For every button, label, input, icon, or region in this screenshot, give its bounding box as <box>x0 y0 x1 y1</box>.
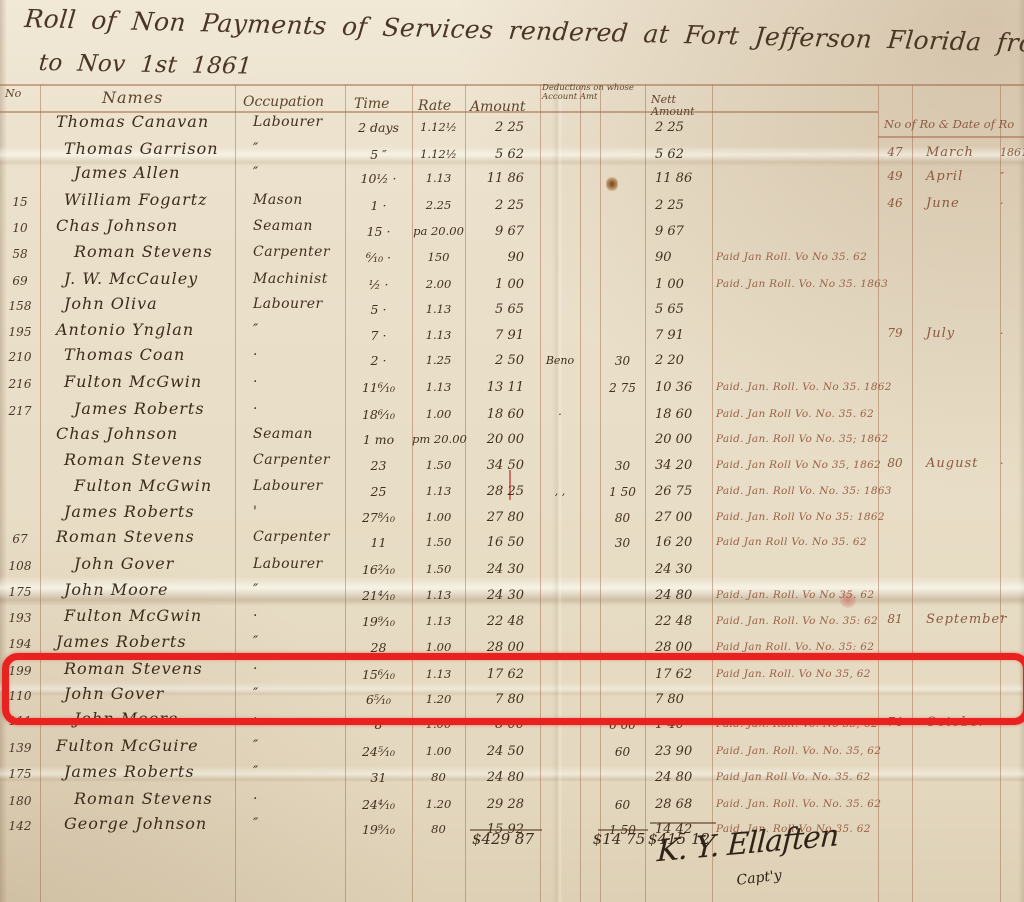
cell-occupation: Seaman <box>235 216 345 234</box>
cell-time: 23 <box>345 450 412 473</box>
cell-time: 31 <box>345 762 412 785</box>
table-row: James Roberts'27⁸⁄₁₀1.0027 808027 00Paid… <box>0 502 1024 528</box>
cell-occupation: · <box>235 399 345 417</box>
cell-paid: Paid. Jan. Roll. Vo. No 35. 1862 <box>712 372 878 393</box>
cell-no: 108 <box>0 554 40 573</box>
table-top-rule <box>0 84 1024 86</box>
cell-paid <box>712 139 878 148</box>
cell-nett: 16 20 <box>645 527 712 550</box>
cell-amount: 2 25 <box>465 190 540 213</box>
cell-nett: 28 00 <box>645 632 712 655</box>
cell-ded_on <box>540 502 580 511</box>
cell-name: J. W. McCauley <box>40 269 235 288</box>
header-occupation: Occupation <box>243 94 324 110</box>
cell-amount: 7 91 <box>465 320 540 343</box>
cell-ded <box>600 632 645 641</box>
cell-no: 67 <box>0 527 40 546</box>
cell-occupation: ″ <box>235 632 345 650</box>
cell-paid: Paid. Jan. Roll. Vo. No. 35. 62 <box>712 789 878 810</box>
cell-amount: 20 00 <box>465 424 540 447</box>
cell-no <box>0 163 40 168</box>
cell-time: 16²⁄₁₀ <box>345 554 412 577</box>
cell-rate: 2.00 <box>412 269 465 291</box>
cell-occupation: ″ <box>235 762 345 780</box>
cell-rate: 1.13 <box>412 606 465 628</box>
cell-nett: 24 80 <box>645 580 712 603</box>
cell-paid: Paid. Jan. Roll. Vo No. 35: 62 <box>712 606 878 627</box>
table-body: Thomas CanavanLabourer2 days1.12½2 252 2… <box>0 112 1024 840</box>
cell-roll_no: 47 <box>878 139 912 159</box>
cell-no: 210 <box>0 345 40 364</box>
cell-nett: 9 67 <box>645 216 712 239</box>
table-row: Thomas CanavanLabourer2 days1.12½2 252 2… <box>0 112 1024 138</box>
cell-rate: 2.25 <box>412 190 465 212</box>
cell-paid <box>712 345 878 354</box>
cell-time: 21⁴⁄₁₀ <box>345 580 412 603</box>
cell-rate: 1.00 <box>412 502 465 524</box>
table-row: 210Thomas Coan·2 ·1.252 50Beno302 20 <box>0 345 1024 371</box>
cell-roll_no <box>878 345 912 351</box>
cell-time: ½ · <box>345 269 412 292</box>
cell-nett: 90 <box>645 242 712 265</box>
cell-paid <box>712 294 878 303</box>
cell-ded: 30 <box>600 450 645 473</box>
cell-roll_no <box>878 789 912 795</box>
cell-ded <box>600 112 645 121</box>
cell-year: · <box>1000 190 1024 210</box>
cell-ded <box>600 424 645 433</box>
cell-month <box>912 789 1000 795</box>
cell-occupation: Seaman <box>235 424 345 442</box>
cell-no: 10 <box>0 216 40 235</box>
cell-ded: 2 75 <box>600 372 645 395</box>
cell-name: Fulton McGuire <box>40 736 235 755</box>
cell-occupation: ″ <box>235 320 345 338</box>
cell-rate: 1.13 <box>412 294 465 316</box>
table-row: 158John OlivaLabourer5 ·1.135 655 65 <box>0 294 1024 320</box>
header-names: Names <box>102 88 163 107</box>
cell-year <box>1000 294 1024 301</box>
cell-month <box>912 554 1000 560</box>
cell-no: 175 <box>0 762 40 781</box>
table-row: Chas JohnsonSeaman1 mopm 20.0020 0020 00… <box>0 424 1024 450</box>
table-row: 108John GoverLabourer16²⁄₁₀1.5024 3024 3… <box>0 554 1024 580</box>
cell-occupation: · <box>235 789 345 807</box>
cell-paid <box>712 112 878 121</box>
document-title-line2: to Nov 1st 1861 <box>38 50 253 80</box>
cell-ded_on <box>540 112 580 121</box>
cell-rate: 1.00 <box>412 736 465 758</box>
cell-month: August <box>912 450 1000 471</box>
cell-roll_no: 79 <box>878 320 912 340</box>
cell-month <box>912 345 1000 351</box>
cell-no <box>0 502 40 507</box>
cell-month <box>912 399 1000 405</box>
cell-no: 194 <box>0 632 40 651</box>
cell-no: 175 <box>0 580 40 599</box>
cell-ded <box>600 580 645 589</box>
cell-time: ⁶⁄₁₀ · <box>345 242 412 265</box>
cell-nett: 34 20 <box>645 450 712 473</box>
cell-rate: 1.50 <box>412 450 465 472</box>
cell-no: 15 <box>0 190 40 209</box>
cell-month <box>912 372 1000 378</box>
cell-roll_no <box>878 476 912 482</box>
cell-nett: 1 00 <box>645 269 712 292</box>
table-row: 216Fulton McGwin·11⁶⁄₁₀1.1313 112 7510 3… <box>0 372 1024 398</box>
table-row: Thomas Garrison″5 ″1.12½5 625 6247March1… <box>0 139 1024 165</box>
table-row: 139Fulton McGuire″24⁵⁄₁₀1.0024 506023 90… <box>0 736 1024 762</box>
cell-paid <box>712 554 878 563</box>
cell-time: 11 <box>345 527 412 550</box>
cell-nett: 5 65 <box>645 294 712 317</box>
cell-amount: 16 50 <box>465 527 540 550</box>
cell-name: Thomas Garrison <box>40 139 235 158</box>
cell-rate: 1.13 <box>412 476 465 498</box>
cell-month: April <box>912 163 1000 184</box>
cell-no: 217 <box>0 399 40 418</box>
cell-time: 11⁶⁄₁₀ <box>345 372 412 395</box>
cell-ded: 60 <box>600 736 645 759</box>
table-row: 175John Moore″21⁴⁄₁₀1.1324 3024 80Paid. … <box>0 580 1024 606</box>
cell-rate: 1.13 <box>412 163 465 185</box>
cell-no: 139 <box>0 736 40 755</box>
cell-year <box>1000 789 1024 796</box>
cell-nett: 2 25 <box>645 190 712 213</box>
cell-occupation: Carpenter <box>235 527 345 545</box>
cell-name: James Roberts <box>40 632 235 651</box>
cell-nett: 28 68 <box>645 789 712 812</box>
cell-roll_no <box>878 736 912 742</box>
cell-occupation: ' <box>235 502 345 520</box>
cell-roll_no <box>878 269 912 275</box>
cell-amount: 24 30 <box>465 554 540 577</box>
cell-name: Roman Stevens <box>40 242 235 261</box>
cell-occupation: · <box>235 606 345 624</box>
cell-name: Thomas Coan <box>40 345 235 364</box>
cell-paid: Paid. Jan. Roll. Vo No 35. 62 <box>712 580 878 601</box>
cell-ded <box>600 269 645 278</box>
table-row: Fulton McGwinLabourer251.1328 25, ,1 502… <box>0 476 1024 502</box>
cell-month: March <box>912 139 1000 160</box>
cell-name: Thomas Canavan <box>40 112 235 131</box>
cell-year <box>1000 242 1024 249</box>
cell-time: 25 <box>345 476 412 499</box>
cell-ded_on <box>540 242 580 251</box>
cell-amount: 9 67 <box>465 216 540 239</box>
cell-time: 5 · <box>345 294 412 317</box>
cell-time: 19⁹⁄₁₀ <box>345 606 412 629</box>
cell-paid: Paid Jan Roll. Vo No 35. 62 <box>712 242 878 263</box>
cell-ded: 30 <box>600 345 645 368</box>
cell-paid: Paid. Jan. Roll Vo. No. 35: 1863 <box>712 476 878 497</box>
cell-no: 158 <box>0 294 40 313</box>
cell-ded <box>600 606 645 615</box>
cell-roll_no <box>878 216 912 222</box>
cell-month <box>912 502 1000 508</box>
cell-time: 24⁵⁄₁₀ <box>345 736 412 759</box>
cell-paid <box>712 320 878 329</box>
cell-month <box>912 112 1000 118</box>
cell-time: 24⁴⁄₁₀ <box>345 789 412 812</box>
cell-ded: 60 <box>600 789 645 812</box>
cell-ded_on <box>540 163 580 172</box>
cell-ded <box>600 320 645 329</box>
cell-ded_on <box>540 762 580 771</box>
cell-nett: 7 91 <box>645 320 712 343</box>
cell-year <box>1000 399 1024 406</box>
cell-month: September <box>912 606 1000 627</box>
cell-paid: Paid. Jan. Roll Vo No. 35; 1862 <box>712 424 878 445</box>
cell-amount: 5 65 <box>465 294 540 317</box>
cell-month <box>912 762 1000 768</box>
cell-amount: 2 25 <box>465 112 540 135</box>
cell-year: · <box>1000 320 1024 340</box>
cell-year <box>1000 216 1024 223</box>
cell-nett: 5 62 <box>645 139 712 162</box>
cell-year <box>1000 372 1024 379</box>
cell-paid <box>712 163 878 172</box>
cell-time: 28 <box>345 632 412 655</box>
cell-ded_on <box>540 554 580 563</box>
cell-occupation: Carpenter <box>235 242 345 260</box>
cell-ded_on: , , <box>540 476 580 498</box>
cell-year <box>1000 476 1024 483</box>
cell-roll_no <box>878 580 912 586</box>
cell-ded <box>600 762 645 771</box>
cell-rate: 1.00 <box>412 399 465 421</box>
header-time: Time <box>354 96 389 112</box>
cell-paid: Paid Jan Roll Vo. No. 35. 62 <box>712 762 878 783</box>
cell-nett: 11 86 <box>645 163 712 186</box>
cell-paid: Paid. Jan. Roll Vo No 35: 1862 <box>712 502 878 523</box>
cell-no <box>0 139 40 144</box>
cell-time: 15 · <box>345 216 412 239</box>
cell-paid: Paid Jan Roll. Vo. No. 35: 62 <box>712 632 878 653</box>
cell-ded_on <box>540 424 580 433</box>
cell-ded_on: Beno <box>540 345 580 367</box>
cell-rate: 1.25 <box>412 345 465 367</box>
cell-month <box>912 476 1000 482</box>
cell-paid <box>712 190 878 199</box>
cell-ded <box>600 163 645 172</box>
cell-occupation: Labourer <box>235 112 345 130</box>
cell-ded <box>600 554 645 563</box>
table-row: 175James Roberts″318024 8024 80Paid Jan … <box>0 762 1024 788</box>
cell-year <box>1000 814 1024 821</box>
cell-year: · <box>1000 450 1024 470</box>
cell-ded_on <box>540 814 580 823</box>
cell-ded: 1 50 <box>600 476 645 499</box>
cell-ded: 80 <box>600 502 645 525</box>
cell-ded <box>600 190 645 199</box>
cell-no: 58 <box>0 242 40 261</box>
cell-year <box>1000 112 1024 119</box>
cell-rate: 150 <box>412 242 465 264</box>
cell-ded <box>600 294 645 303</box>
cell-occupation: ″ <box>235 736 345 754</box>
cell-name: Fulton McGwin <box>40 372 235 391</box>
cell-name: James Roberts <box>40 762 235 781</box>
cell-year <box>1000 345 1024 352</box>
cell-name: John Moore <box>40 580 235 599</box>
cell-roll_no <box>878 502 912 508</box>
cell-rate: 1.50 <box>412 527 465 549</box>
cell-occupation: · <box>235 345 345 363</box>
table-row: James Allen″10½ ·1.1311 8611 8649April″ <box>0 163 1024 189</box>
cell-occupation: Mason <box>235 190 345 208</box>
cell-amount: 2 50 <box>465 345 540 368</box>
cell-year <box>1000 527 1024 534</box>
table-row: 193Fulton McGwin·19⁹⁄₁₀1.1322 4822 48Pai… <box>0 606 1024 632</box>
cell-year <box>1000 762 1024 769</box>
cell-ded_on <box>540 632 580 641</box>
cell-name: Chas Johnson <box>40 216 235 235</box>
cell-occupation: Labourer <box>235 294 345 312</box>
cell-nett: 10 36 <box>645 372 712 395</box>
cell-rate: 1.20 <box>412 789 465 811</box>
cell-roll_no <box>878 399 912 405</box>
cell-time: 27⁸⁄₁₀ <box>345 502 412 525</box>
cell-occupation: ″ <box>235 580 345 598</box>
cell-month <box>912 580 1000 586</box>
cell-ded_on <box>540 580 580 589</box>
cell-time: 1 · <box>345 190 412 213</box>
cell-amount: 1 00 <box>465 269 540 292</box>
cell-ded: 30 <box>600 527 645 550</box>
cell-no <box>0 112 40 117</box>
cell-ded_on <box>540 450 580 459</box>
cell-occupation: · <box>235 372 345 390</box>
total-amount: $429 87 <box>462 830 544 848</box>
cell-rate: 1.12½ <box>412 139 465 161</box>
table-row: 180Roman Stevens·24⁴⁄₁₀1.2029 286028 68P… <box>0 789 1024 815</box>
cell-year <box>1000 580 1024 587</box>
cell-amount: 28 25 <box>465 476 540 499</box>
cell-amount: 11 86 <box>465 163 540 186</box>
cell-no: 193 <box>0 606 40 625</box>
cell-occupation: Labourer <box>235 476 345 494</box>
table-row: Roman StevensCarpenter231.5034 503034 20… <box>0 450 1024 476</box>
table-row: 58Roman StevensCarpenter⁶⁄₁₀ ·1509090Pai… <box>0 242 1024 268</box>
total-deductions: $14 75 <box>588 830 650 848</box>
cell-nett: 2 20 <box>645 345 712 368</box>
cell-year <box>1000 632 1024 639</box>
cell-month <box>912 632 1000 638</box>
cell-ded_on <box>540 216 580 225</box>
cell-ded_on <box>540 190 580 199</box>
cell-occupation: Carpenter <box>235 450 345 468</box>
cell-amount: 18 60 <box>465 399 540 422</box>
cell-year <box>1000 269 1024 276</box>
table-row: 217James Roberts·18⁶⁄₁₀1.0018 60·18 60Pa… <box>0 399 1024 425</box>
cell-year <box>1000 502 1024 509</box>
cell-paid: Paid. Jan Roll. Vo. No 35. 1863 <box>712 269 878 290</box>
cell-nett: 27 00 <box>645 502 712 525</box>
cell-name: James Allen <box>40 163 235 182</box>
signature-block: K. Y. Ellaften Capt'y <box>658 834 898 879</box>
cell-amount: 13 11 <box>465 372 540 395</box>
cell-name: John Oliva <box>40 294 235 313</box>
table-row: 10Chas JohnsonSeaman15 ·pa 20.009 679 67 <box>0 216 1024 242</box>
cell-time: 10½ · <box>345 163 412 186</box>
cell-time: 5 ″ <box>345 139 412 162</box>
cell-nett: 24 80 <box>645 762 712 785</box>
cell-year: ″ <box>1000 163 1024 183</box>
cell-year <box>1000 736 1024 743</box>
cell-nett: 24 30 <box>645 554 712 577</box>
cell-amount: 90 <box>465 242 540 265</box>
header-no: No <box>5 87 21 100</box>
cell-nett: 20 00 <box>645 424 712 447</box>
cell-month <box>912 269 1000 275</box>
cell-paid: Paid Jan Roll Vo. No 35. 62 <box>712 527 878 548</box>
cell-year <box>1000 554 1024 561</box>
cell-nett: 26 75 <box>645 476 712 499</box>
cell-name: Roman Stevens <box>40 789 235 808</box>
cell-month: June <box>912 190 1000 211</box>
cell-ded_on <box>540 372 580 381</box>
cell-ded_on: · <box>540 399 580 421</box>
cell-name: James Roberts <box>40 502 235 521</box>
cell-no: 195 <box>0 320 40 339</box>
cell-amount: 27 80 <box>465 502 540 525</box>
cell-rate: 1.12½ <box>412 112 465 134</box>
cell-roll_no <box>878 554 912 560</box>
cell-month <box>912 527 1000 533</box>
cell-roll_no <box>878 372 912 378</box>
cell-no <box>0 450 40 455</box>
cell-rate: pa 20.00 <box>412 216 465 238</box>
cell-occupation: ″ <box>235 163 345 181</box>
cell-name: James Roberts <box>40 399 235 418</box>
cell-month <box>912 242 1000 248</box>
cell-nett: 23 90 <box>645 736 712 759</box>
cell-amount: 24 80 <box>465 762 540 785</box>
cell-no: 216 <box>0 372 40 391</box>
cell-occupation: Labourer <box>235 554 345 572</box>
table-row: 195Antonio Ynglan″7 ·1.137 917 9179July· <box>0 320 1024 346</box>
cell-ded_on <box>540 606 580 615</box>
cell-name: William Fogartz <box>40 190 235 209</box>
cell-month <box>912 216 1000 222</box>
cell-roll_no <box>878 527 912 533</box>
cell-roll_no <box>878 242 912 248</box>
table-row: 15William FogartzMason1 ·2.252 252 2546J… <box>0 190 1024 216</box>
cell-occupation: Machinist <box>235 269 345 287</box>
cell-ded <box>600 242 645 251</box>
cell-time: 2 days <box>345 112 412 135</box>
cell-rate: 80 <box>412 762 465 784</box>
cell-time: 1 mo <box>345 424 412 447</box>
cell-year: 1861 <box>1000 139 1024 159</box>
cell-roll_no <box>878 112 912 118</box>
cell-name: Roman Stevens <box>40 527 235 546</box>
cell-roll_no: 80 <box>878 450 912 470</box>
cell-ded <box>600 216 645 225</box>
cell-amount: 24 30 <box>465 580 540 603</box>
cell-roll_no <box>878 762 912 768</box>
red-highlight-box <box>2 653 1024 725</box>
cell-no <box>0 476 40 481</box>
cell-time: 18⁶⁄₁₀ <box>345 399 412 422</box>
cell-amount: 28 00 <box>465 632 540 655</box>
cell-ded_on <box>540 789 580 798</box>
table-row: 69J. W. McCauleyMachinist½ ·2.001 001 00… <box>0 269 1024 295</box>
cell-nett: 2 25 <box>645 112 712 135</box>
cell-amount: 29 28 <box>465 789 540 812</box>
cell-rate: 1.50 <box>412 554 465 576</box>
